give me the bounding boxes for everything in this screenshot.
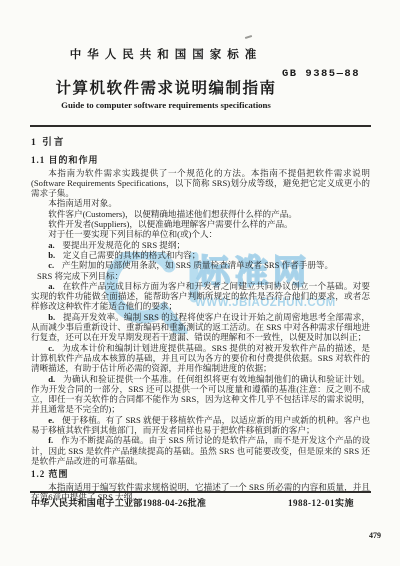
list-item-text: 在软件产品完成目标方面为客户和开发者之间建立共同协议创立一个基础。对要实现的软件… bbox=[31, 281, 370, 312]
list-item-label: c. bbox=[48, 343, 54, 353]
document-page: 标准网 WWW.JBIAOZHUN.COM 中华人民共和国国家标准 GB 938… bbox=[0, 0, 400, 566]
list-item-label: f. bbox=[48, 435, 53, 445]
list-item: b.定义自己需要的具体的格式和内容； bbox=[31, 250, 370, 260]
page-number: 479 bbox=[369, 531, 381, 540]
list-item-text: 要提出开发规范化的 SRS 提纲； bbox=[62, 240, 185, 250]
list-item: d.为确认和验证提供一个基准。任何组织将更有效地编制他们的确认和验证计划。作为开… bbox=[31, 374, 370, 415]
header-rule bbox=[30, 125, 371, 127]
list-item: a.要提出开发规范化的 SRS 提纲； bbox=[31, 240, 370, 250]
list-item: b.提高开发效率。编制 SRS 的过程将使客户在设计开始之前周密地思考全部需求，… bbox=[31, 312, 370, 343]
list-item-label: e. bbox=[48, 415, 54, 425]
paragraph-audience-lead: 本指南适用对象。 bbox=[31, 198, 370, 208]
list-item-text: 提高开发效率。编制 SRS 的过程将使客户在设计开始之前周密地思考全部需求，从而… bbox=[31, 312, 370, 343]
list-item-label: a. bbox=[48, 240, 54, 250]
section-1-2-heading: 1.2 范围 bbox=[31, 469, 370, 479]
document-title-english: Guide to computer software requirements … bbox=[30, 100, 302, 110]
paragraph-audience-suppliers: 软件开发者(Suppliers)，以便准确地理解客户需要什么样的产品。 bbox=[31, 219, 370, 229]
national-standard-header: 中华人民共和国国家标准 bbox=[30, 46, 302, 62]
list-item: c.产生附加的局部使用条款，如 SRS 质量检查清单或者 SRS 作者手册等。 bbox=[31, 260, 370, 270]
list-item: c.为成本计价和编制计划进度提供基础。SRS 提供的对被开发软件产品的描述，是计… bbox=[31, 343, 370, 374]
paragraph-unit-goals-lead: 对于任一要实现下列目标的单位和(或)个人： bbox=[31, 229, 370, 239]
list-item: a.在软件产品完成目标方面为客户和开发者之间建立共同协议创立一个基础。对要实现的… bbox=[31, 281, 370, 312]
list-item-label: d. bbox=[48, 374, 55, 384]
list-item: e.便于移植。有了 SRS 就便于移植软件产品，以适应新的用户或新的机种。客户也… bbox=[31, 415, 370, 436]
footer-approval: 中华人民共和国电子工业部1988-04-26批准 bbox=[31, 496, 206, 509]
document-title-chinese: 计算机软件需求说明编制指南 bbox=[30, 76, 302, 98]
paragraph-intro: 本指南为软件需求实践提供了一个规范化的方法。本指南不提倡把软件需求说明(Soft… bbox=[31, 168, 370, 199]
list-item-label: b. bbox=[48, 250, 55, 260]
footer-implementation: 1988-12-01实施 bbox=[288, 496, 354, 509]
list-item-text: 定义自己需要的具体的格式和内容； bbox=[63, 250, 201, 260]
paragraph-audience-customers: 软件客户(Customers)，以便精确地描述他们想获得什么样的产品。 bbox=[31, 209, 370, 219]
list-item-label: c. bbox=[48, 260, 54, 270]
list-item-text: 为确认和验证提供一个基准。任何组织将更有效地编制他们的确认和验证计划。作为开发合… bbox=[31, 374, 370, 415]
list-item-label: a. bbox=[48, 281, 54, 291]
section-1-1-heading: 1.1 目的和作用 bbox=[31, 155, 370, 165]
paragraph-srs-goals-lead: SRS 将完成下列目标： bbox=[31, 271, 370, 281]
list-item-text: 便于移植。有了 SRS 就便于移植软件产品，以适应新的用户或新的机种。客户也易于… bbox=[31, 415, 370, 435]
list-item-label: b. bbox=[48, 312, 55, 322]
footer-rule bbox=[30, 491, 371, 493]
scan-speck bbox=[245, 35, 252, 39]
section-1-heading: 1 引言 bbox=[31, 138, 370, 148]
list-item-text: 为成本计价和编制计划进度提供基础。SRS 提供的对被开发软件产品的描述，是计算机… bbox=[31, 343, 370, 374]
list-item: f.作为不断提高的基础。由于 SRS 所讨论的是软件产品，而不是开发这个产品的设… bbox=[31, 435, 370, 466]
list-item-text: 产生附加的局部使用条款，如 SRS 质量检查清单或者 SRS 作者手册等。 bbox=[62, 260, 333, 270]
list-item-text: 作为不断提高的基础。由于 SRS 所讨论的是软件产品，而不是开发这个产品的设计，… bbox=[31, 435, 370, 466]
document-body: 1 引言 1.1 目的和作用 本指南为软件需求实践提供了一个规范化的方法。本指南… bbox=[31, 136, 370, 502]
